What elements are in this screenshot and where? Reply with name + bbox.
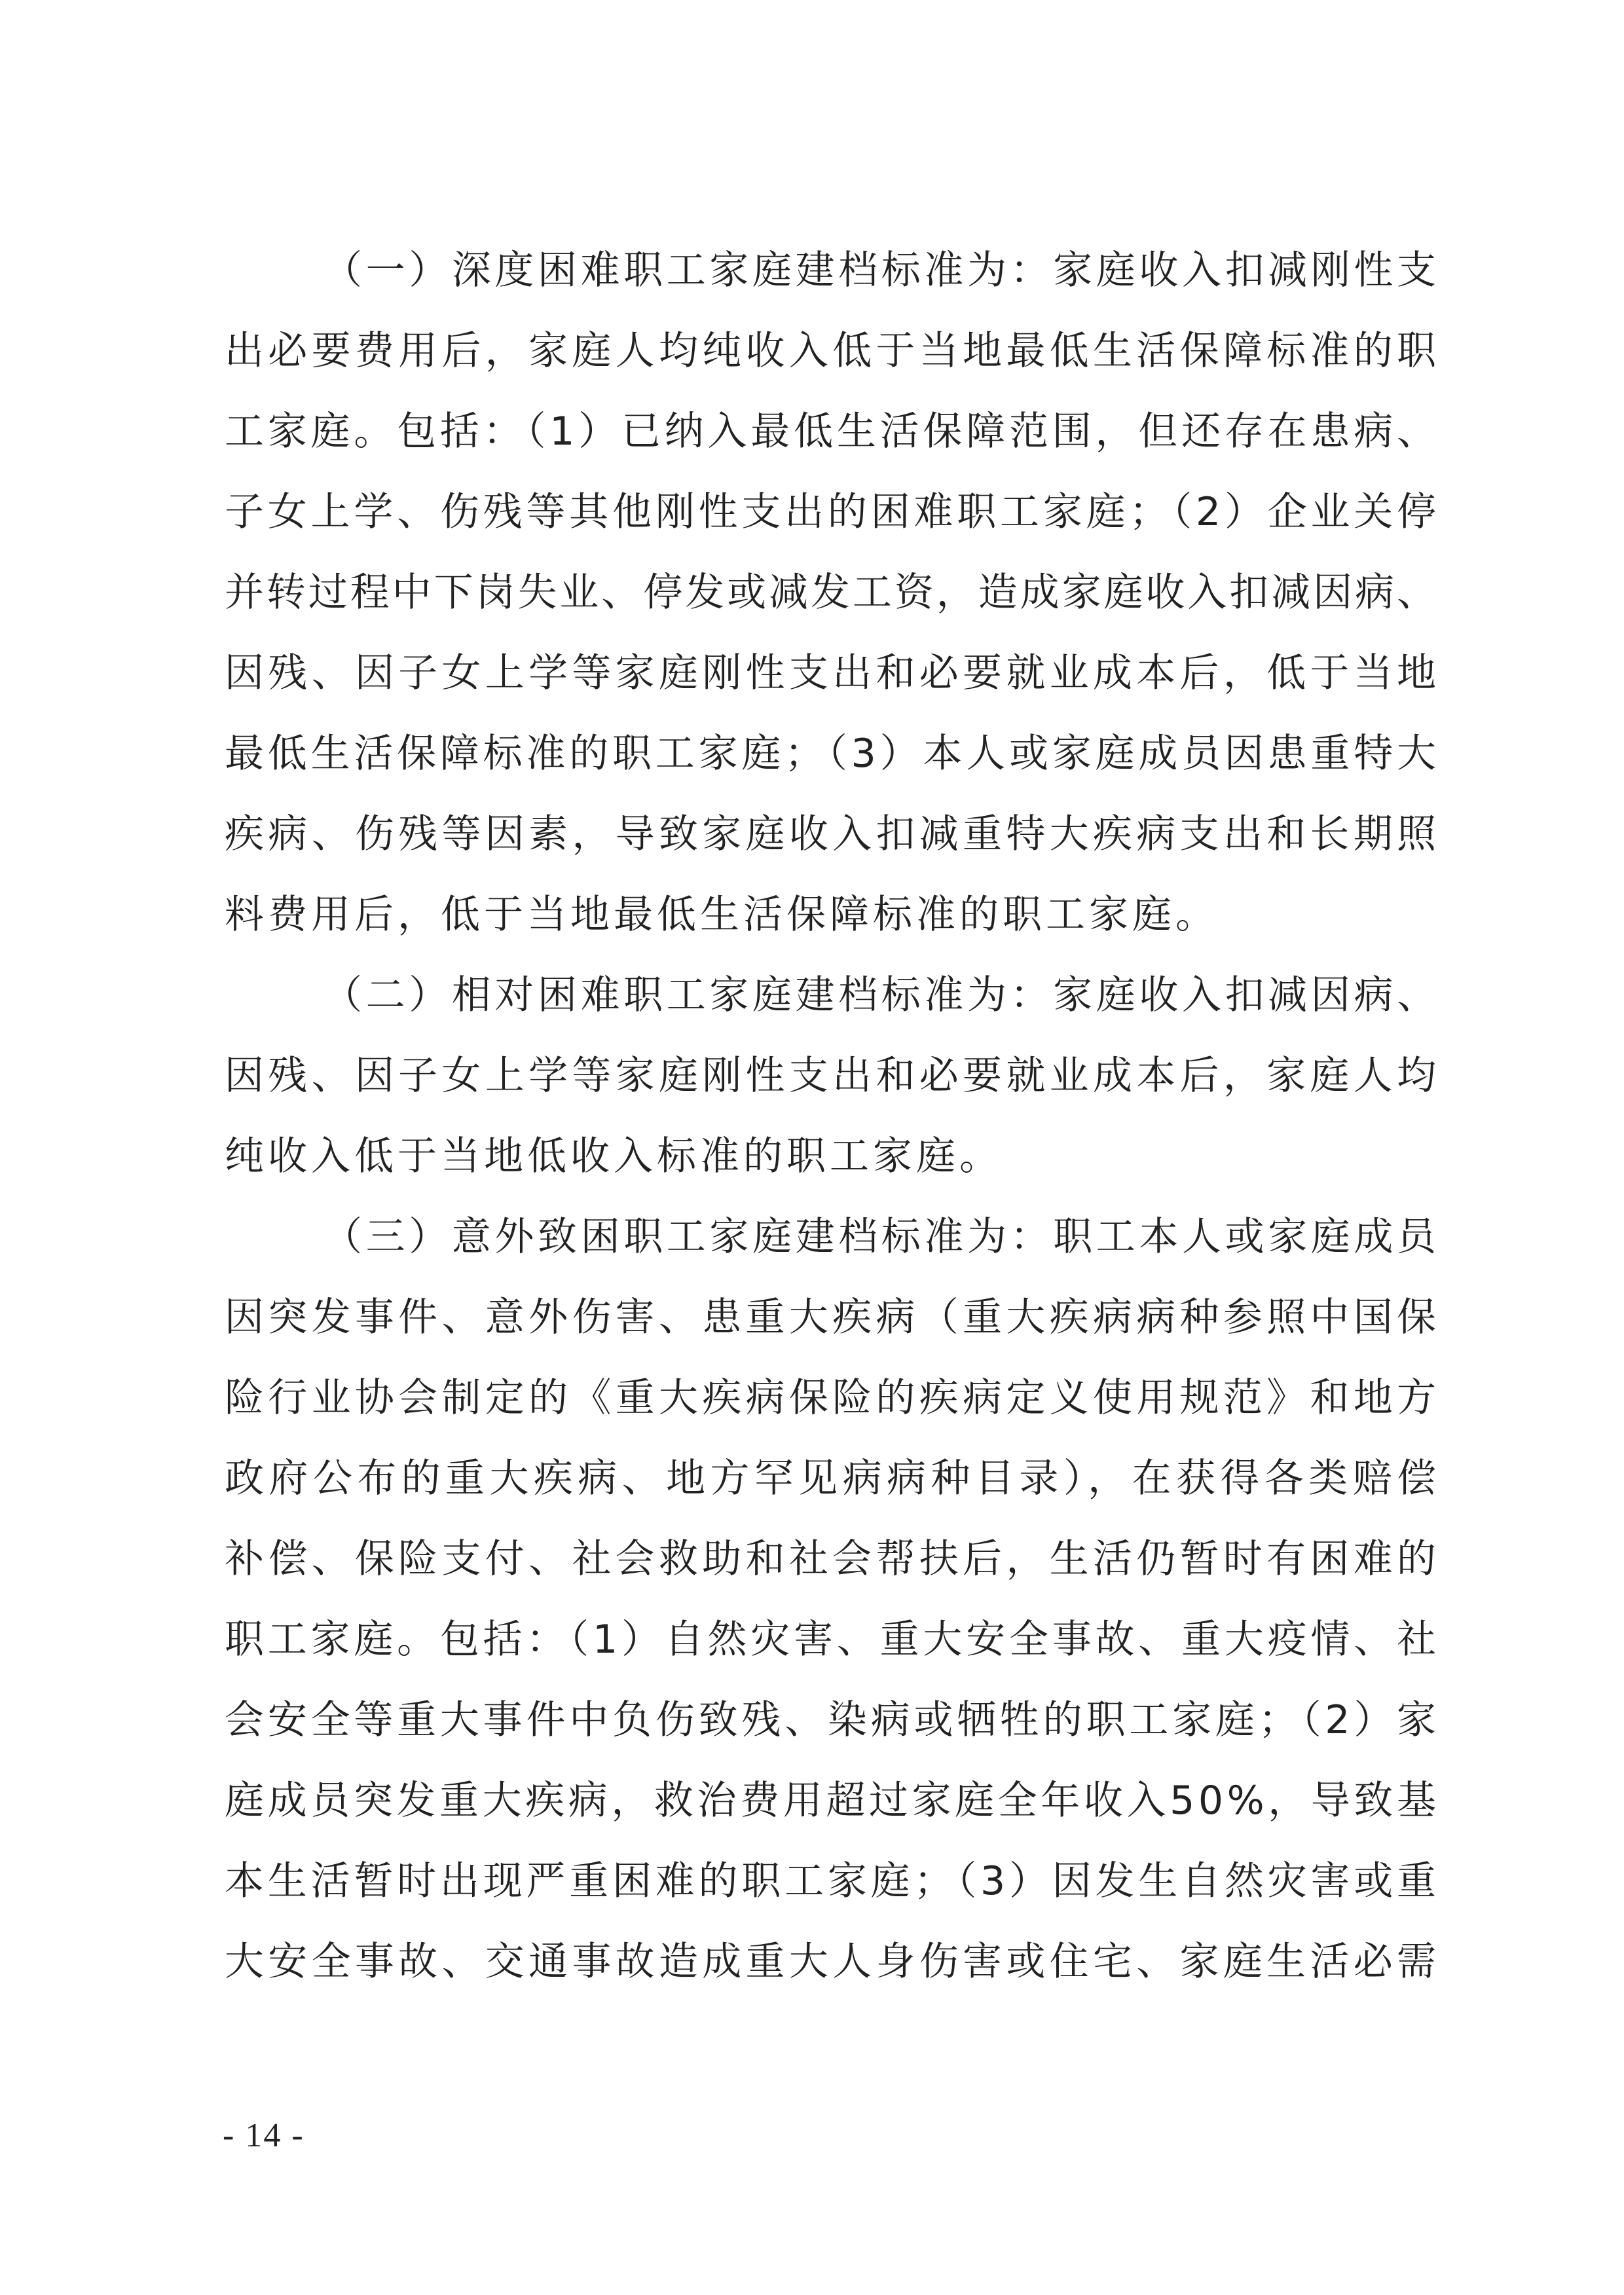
document-page: （一）深度困难职工家庭建档标准为：家庭收入扣减刚性支 出必要费用后，家庭人均纯收…: [0, 0, 1624, 2295]
text-line: 因突发事件、意外伤害、患重大疾病（重大疾病病种参照中国保: [225, 1277, 1436, 1358]
line-text: 最低生活保障标准的职工家庭；（3）本人或家庭成员因患重特大: [225, 714, 1440, 794]
text-line: 子女上学、伤残等其他刚性支出的困难职工家庭；（2）企业关停: [225, 472, 1436, 553]
line-text: 因残、因子女上学等家庭刚性支出和必要就业成本后，低于当地: [225, 633, 1440, 714]
text-line: 大安全事故、交通事故造成重大人身伤害或住宅、家庭生活必需: [225, 1922, 1436, 2002]
line-text: 补偿、保险支付、社会救助和社会帮扶后，生活仍暂时有困难的: [225, 1519, 1440, 1600]
text-line: 因残、因子女上学等家庭刚性支出和必要就业成本后，低于当地: [225, 633, 1436, 714]
text-line: 职工家庭。包括：（1）自然灾害、重大安全事故、重大疫情、社: [225, 1600, 1436, 1680]
line-text: （三）意外致困职工家庭建档标准为：职工本人或家庭成员: [323, 1197, 1440, 1277]
line-text: 并转过程中下岗失业、停发或减发工资，造成家庭收入扣减因病、: [225, 553, 1439, 633]
text-line: 因残、因子女上学等家庭刚性支出和必要就业成本后，家庭人均: [225, 1036, 1436, 1116]
line-text: 大安全事故、交通事故造成重大人身伤害或住宅、家庭生活必需: [225, 1922, 1440, 2002]
line-text: 出必要费用后，家庭人均纯收入低于当地最低生活保障标准的职: [225, 311, 1440, 392]
paragraph-deep-hardship-standard: （一）深度困难职工家庭建档标准为：家庭收入扣减刚性支 出必要费用后，家庭人均纯收…: [225, 230, 1443, 955]
line-text: 庭成员突发重大疾病，救治费用超过家庭全年收入50%，导致基: [225, 1761, 1440, 1841]
text-line: 庭成员突发重大疾病，救治费用超过家庭全年收入50%，导致基: [225, 1761, 1436, 1841]
text-line: 政府公布的重大疾病、地方罕见病病种目录），在获得各类赔偿: [225, 1439, 1436, 1519]
line-text: 料费用后，低于当地最低生活保障标准的职工家庭。: [225, 875, 1219, 955]
page-number: - 14 -: [223, 2116, 304, 2155]
line-text: 工家庭。包括：（1）已纳入最低生活保障范围，但还存在患病、: [225, 392, 1440, 472]
text-line: （二）相对困难职工家庭建档标准为：家庭收入扣减因病、: [225, 955, 1436, 1036]
text-line: （一）深度困难职工家庭建档标准为：家庭收入扣减刚性支: [225, 230, 1436, 311]
text-line: （三）意外致困职工家庭建档标准为：职工本人或家庭成员: [225, 1197, 1436, 1277]
text-line: 本生活暂时出现严重困难的职工家庭；（3）因发生自然灾害或重: [225, 1841, 1436, 1922]
line-text: 职工家庭。包括：（1）自然灾害、重大安全事故、重大疫情、社: [225, 1600, 1440, 1680]
text-line: 补偿、保险支付、社会救助和社会帮扶后，生活仍暂时有困难的: [225, 1519, 1436, 1600]
line-text: 因突发事件、意外伤害、患重大疾病（重大疾病病种参照中国保: [225, 1277, 1440, 1358]
line-text: 因残、因子女上学等家庭刚性支出和必要就业成本后，家庭人均: [225, 1036, 1440, 1116]
text-line: 工家庭。包括：（1）已纳入最低生活保障范围，但还存在患病、: [225, 392, 1436, 472]
paragraph-accidental-hardship-standard: （三）意外致困职工家庭建档标准为：职工本人或家庭成员 因突发事件、意外伤害、患重…: [225, 1197, 1443, 2002]
text-line: 纯收入低于当地低收入标准的职工家庭。: [225, 1116, 1436, 1197]
text-line: 会安全等重大事件中负伤致残、染病或牺牲的职工家庭；（2）家: [225, 1680, 1436, 1761]
line-text: 政府公布的重大疾病、地方罕见病病种目录），在获得各类赔偿: [225, 1439, 1441, 1519]
line-text: 会安全等重大事件中负伤致残、染病或牺牲的职工家庭；（2）家: [225, 1680, 1440, 1761]
line-text: 疾病、伤残等因素，导致家庭收入扣减重特大疾病支出和长期照: [225, 794, 1440, 875]
line-text: 本生活暂时出现严重困难的职工家庭；（3）因发生自然灾害或重: [225, 1841, 1440, 1922]
text-line: 险行业协会制定的《重大疾病保险的疾病定义使用规范》和地方: [225, 1358, 1436, 1439]
text-line: 疾病、伤残等因素，导致家庭收入扣减重特大疾病支出和长期照: [225, 794, 1436, 875]
document-body: （一）深度困难职工家庭建档标准为：家庭收入扣减刚性支 出必要费用后，家庭人均纯收…: [225, 230, 1443, 2002]
line-text: 险行业协会制定的《重大疾病保险的疾病定义使用规范》和地方: [225, 1358, 1440, 1439]
text-line: 最低生活保障标准的职工家庭；（3）本人或家庭成员因患重特大: [225, 714, 1436, 794]
line-text: 子女上学、伤残等其他刚性支出的困难职工家庭；（2）企业关停: [225, 472, 1440, 553]
paragraph-relative-hardship-standard: （二）相对困难职工家庭建档标准为：家庭收入扣减因病、 因残、因子女上学等家庭刚性…: [225, 955, 1443, 1197]
line-text: 纯收入低于当地低收入标准的职工家庭。: [225, 1116, 1003, 1197]
line-text: （二）相对困难职工家庭建档标准为：家庭收入扣减因病、: [323, 955, 1440, 1036]
text-line: 并转过程中下岗失业、停发或减发工资，造成家庭收入扣减因病、: [225, 553, 1436, 633]
line-text: （一）深度困难职工家庭建档标准为：家庭收入扣减刚性支: [323, 230, 1440, 311]
text-line: 出必要费用后，家庭人均纯收入低于当地最低生活保障标准的职: [225, 311, 1436, 392]
text-line: 料费用后，低于当地最低生活保障标准的职工家庭。: [225, 875, 1436, 955]
